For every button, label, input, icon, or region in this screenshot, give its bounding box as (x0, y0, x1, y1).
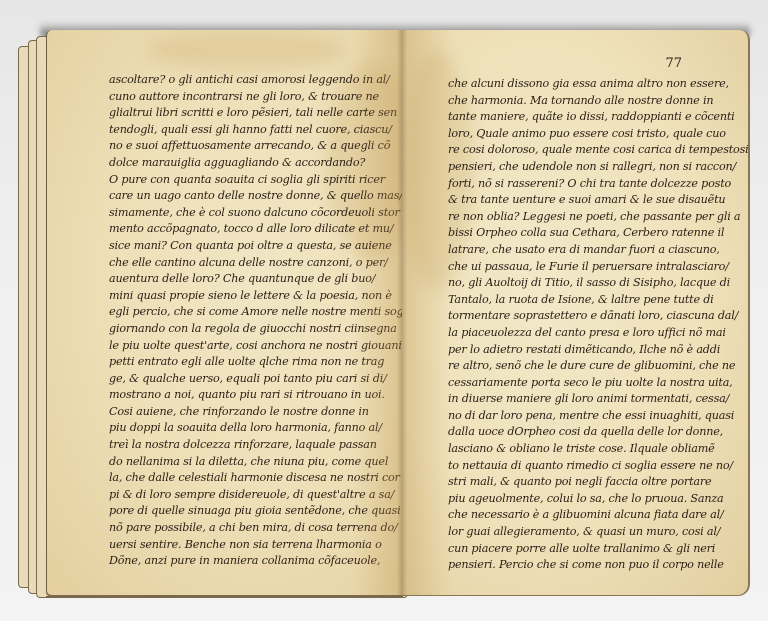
text-line: cuno auttore incontrarsi ne gli loro, & … (109, 89, 403, 106)
text-line: Dõne, anzi pure in maniera collanima cõf… (109, 553, 403, 570)
text-line: mento accõpagnato, tocco d alle loro dil… (109, 221, 403, 238)
right-page: 77 che alcuni dissono gia essa anima alt… (402, 30, 750, 596)
right-page-text: che alcuni dissono gia essa anima altro … (448, 76, 749, 574)
text-line: piu doppi la soauita della loro harmonia… (109, 420, 403, 437)
water-stain (147, 30, 347, 70)
text-line: ge, & qualche uerso, equali poi tanto pi… (109, 371, 403, 388)
text-line: che alcuni dissono gia essa anima altro … (448, 76, 749, 93)
text-line: pensieri, che udendole non si rallegri, … (448, 159, 749, 176)
text-line: no e suoi affettuosamente arrecando, & a… (109, 138, 403, 155)
text-line: mini quasi propie sieno le lettere & la … (109, 288, 403, 305)
text-line: tendogli, quali essi gli hanno fatti nel… (109, 122, 403, 139)
text-line: le piu uolte quest'arte, cosi anchora ne… (109, 338, 403, 355)
text-line: tante maniere, quãte io dissi, raddoppia… (448, 109, 749, 126)
page-number: 77 (665, 56, 682, 71)
text-line: do nellanima si la diletta, che niuna pi… (109, 454, 403, 471)
text-line: pi & di loro sempre disidereuole, di que… (109, 487, 403, 504)
text-line: simamente, che è col suono dalcuno cõcor… (109, 205, 403, 222)
text-line: la piaceuolezza del canto presa e loro u… (448, 325, 749, 342)
text-line: che harmonia. Ma tornando alle nostre do… (448, 93, 749, 110)
text-line: forti, nõ si rassereni? O chi tra tante … (448, 176, 749, 193)
text-line: tormentare soprastettero e dãnati loro, … (448, 308, 749, 325)
text-line: stri mali, & quanto poi negli faccia olt… (448, 474, 749, 491)
text-line: pensieri. Percio che si come non puo il … (448, 557, 749, 574)
text-line: Tantalo, la ruota de Isione, & laltre pe… (448, 292, 749, 309)
text-line: dolce marauiglia agguagliando & accordan… (109, 155, 403, 172)
text-line: auentura delle loro? Che quantunque de g… (109, 271, 403, 288)
left-page: ascoltare? o gli antichi casi amorosi le… (46, 30, 403, 597)
text-line: no, gli Auoltoij di Titio, il sasso di S… (448, 275, 749, 292)
text-line: giornando con la regola de giuocchi nost… (109, 321, 403, 338)
text-line: re cosi doloroso, quale mente cosi caric… (448, 142, 749, 159)
text-line: cun piacere porre alle uolte trallanimo … (448, 541, 749, 558)
text-line: to nettauia di quanto rimedio ci soglia … (448, 458, 749, 475)
text-line: che ui passaua, le Furie il peruersare i… (448, 259, 749, 276)
text-line: latrare, che usato era di mandar fuori a… (448, 242, 749, 259)
left-page-text: ascoltare? o gli antichi casi amorosi le… (109, 72, 403, 570)
text-line: per lo adietro restati dimẽticando, Ilch… (448, 342, 749, 359)
text-line: glialtrui libri scritti e loro pẽsieri, … (109, 105, 403, 122)
text-line: O pure con quanta soauita ci soglia gli … (109, 172, 403, 189)
text-line: care un uago canto delle nostre donne, &… (109, 188, 403, 205)
text-line: & tra tante uenture e suoi amari & le su… (448, 192, 749, 209)
text-line: petti entrato egli alle uolte qlche rima… (109, 354, 403, 371)
text-line: uersi sentire. Benche non sia terrena lh… (109, 537, 403, 554)
text-line: lasciano & obliano le triste cose. Ilqua… (448, 441, 749, 458)
text-line: pore di quelle sinuaga piu gioia sentẽdo… (109, 503, 403, 520)
text-line: nõ pare possibile, a chi ben mira, di co… (109, 520, 403, 537)
text-line: piu ageuolmente, colui lo sa, che lo pru… (448, 491, 749, 508)
text-line: ascoltare? o gli antichi casi amorosi le… (109, 72, 403, 89)
text-line: cessariamente porta seco le piu uolte la… (448, 375, 749, 392)
text-line: loro, Quale animo puo essere cosi tristo… (448, 126, 749, 143)
text-line: sice mani? Con quanta poi oltre a questa… (109, 238, 403, 255)
text-line: re non oblia? Leggesi ne poeti, che pass… (448, 209, 749, 226)
text-line: dalla uoce dOrpheo cosi da quella delle … (448, 424, 749, 441)
text-line: Cosi auiene, che rinforzando le nostre d… (109, 404, 403, 421)
text-line: mostrano a noi, quanto piu rari si ritro… (109, 387, 403, 404)
text-line: treì la nostra dolcezza rinforzare, laqu… (109, 437, 403, 454)
text-line: bissi Orpheo colla sua Cethara, Cerbero … (448, 225, 749, 242)
text-line: in diuerse maniere gli loro animi tormen… (448, 391, 749, 408)
text-line: la, che dalle celestiali harmonie disces… (109, 470, 403, 487)
text-line: no di dar loro pena, mentre che essi inu… (448, 408, 749, 425)
text-line: egli percio, che si come Amore nelle nos… (109, 304, 403, 321)
text-line: lor guai allegieramento, & quasi un muro… (448, 524, 749, 541)
text-line: re altro, senõ che le dure cure de glibu… (448, 358, 749, 375)
text-line: che elle cantino alcuna delle nostre can… (109, 255, 403, 272)
text-line: che necessario è a glibuomini alcuna fia… (448, 507, 749, 524)
